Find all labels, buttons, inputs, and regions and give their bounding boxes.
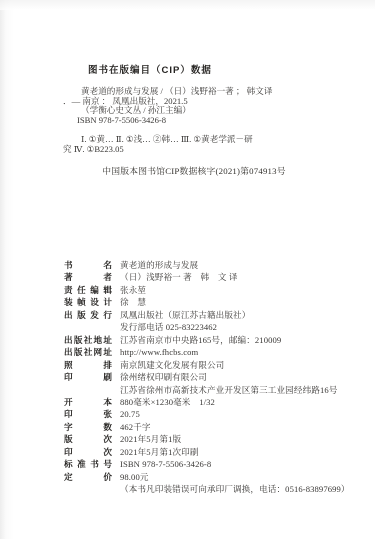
colophon-label: 印刷 [64,371,112,383]
colophon-publisher-url: http://www.fhcbs.com [120,347,198,357]
colophon-row: 照排南京凯建文化发展有限公司 [64,359,347,371]
colophon-value: 20.75 [120,409,140,419]
colophon-label: 开本 [64,396,112,408]
colophon-label: 出版发行 [64,309,112,321]
colophon-value: 南京凯建文化发展有限公司 [120,360,224,370]
colophon-label: 印张 [64,408,112,420]
colophon-label: 著者 [64,271,112,283]
colophon-row: 印刷徐州绪权印刷有限公司 [64,371,347,383]
colophon-row: 责任编辑张永堃 [64,284,347,296]
colophon-row: 定价98.00元 [64,471,347,483]
colophon-value: 462千字 [120,422,151,432]
cip-record-number: 中国版本图书馆CIP数据核字(2021)第074913号 [64,164,324,177]
colophon-label: 定价 [64,471,112,483]
colophon-row: 发行部电话 025-83223462 [64,321,347,333]
colophon-row: 著者（日）浅野裕一 著 韩 文 译 [64,271,347,283]
colophon-row: 版次2021年5月第1版 [64,433,347,445]
colophon-row: （本书凡印装错误可向承印厂调换，电话：0516-83897699） [64,483,347,495]
colophon-label: 照排 [64,359,112,371]
colophon-value: 2021年5月第1次印刷 [120,447,199,457]
colophon-label: 版次 [64,433,112,445]
colophon-row: 出版社地址江苏省南京市中央路165号，邮编：210009 [64,334,347,346]
colophon-label: 出版社地址 [64,334,112,346]
colophon-value: （日）浅野裕一 著 韩 文 译 [120,272,238,282]
colophon-row: 装帧设计徐 慧 [64,296,347,308]
colophon-table: 书名黄老道的形成与发展 著者（日）浅野裕一 著 韩 文 译 责任编辑张永堃 装帧… [64,259,347,496]
colophon-row: 书名黄老道的形成与发展 [64,259,347,271]
colophon-row: 江苏省徐州市高新技术产业开发区第三工业园经纬路16号 [64,384,347,396]
colophon-value: 张永堃 [120,285,146,295]
colophon-isbn: ISBN 978-7-5506-3426-8 [120,459,211,469]
colophon-row: 开本880毫米×1230毫米 1/32 [64,396,347,408]
colophon-errata-note: （本书凡印装错误可向承印厂调换，电话：0516-83897699） [120,484,350,494]
colophon-value: 徐州绪权印刷有限公司 [120,372,207,382]
colophon-label: 印次 [64,446,112,458]
colophon-value: 江苏省南京市中央路165号，邮编：210009 [120,335,281,345]
colophon-value: 徐 慧 [120,297,146,307]
colophon-row: 标准书号ISBN 978-7-5506-3426-8 [64,458,347,470]
colophon-value: 发行部电话 025-83223462 [120,322,217,332]
colophon-row: 出版社网址http://www.fhcbs.com [64,346,347,358]
colophon-label: 装帧设计 [64,296,112,308]
colophon-row: 印张20.75 [64,408,347,420]
colophon-value: 凤凰出版社（原江苏古籍出版社） [120,310,250,320]
book-copyright-page: 图书在版编目（CIP）数据 黄老道的形成与发展 / （日）浅野裕一著 ； 韩文译… [0,0,375,539]
colophon-value: 江苏省徐州市高新技术产业开发区第三工业园经纬路16号 [120,385,337,395]
cip-title: 图书在版编目（CIP）数据 [88,62,212,76]
colophon-label: 责任编辑 [64,284,112,296]
colophon-label: 出版社网址 [64,346,112,358]
colophon-value: 880毫米×1230毫米 1/32 [120,397,215,407]
cip-classification-line: 究 Ⅳ. ①B223.05 [63,145,319,155]
colophon-row: 字数462千字 [64,421,347,433]
colophon-label: 字数 [64,421,112,433]
colophon-label: 标准书号 [64,458,112,470]
colophon-row: 出版发行凤凰出版社（原江苏古籍出版社） [64,309,347,321]
colophon-row: 印次2021年5月第1次印刷 [64,446,347,458]
cip-description: 黄老道的形成与发展 / （日）浅野裕一著 ； 韩文译 ．— 南京 ： 凤凰出版社… [63,87,319,155]
cip-isbn-line: ISBN 978-7-5506-3426-8 [63,116,319,126]
colophon-value: 黄老道的形成与发展 [120,260,198,270]
colophon-label: 书名 [64,259,112,271]
colophon-price: 98.00元 [120,472,149,482]
colophon-value: 2021年5月第1版 [120,434,181,444]
